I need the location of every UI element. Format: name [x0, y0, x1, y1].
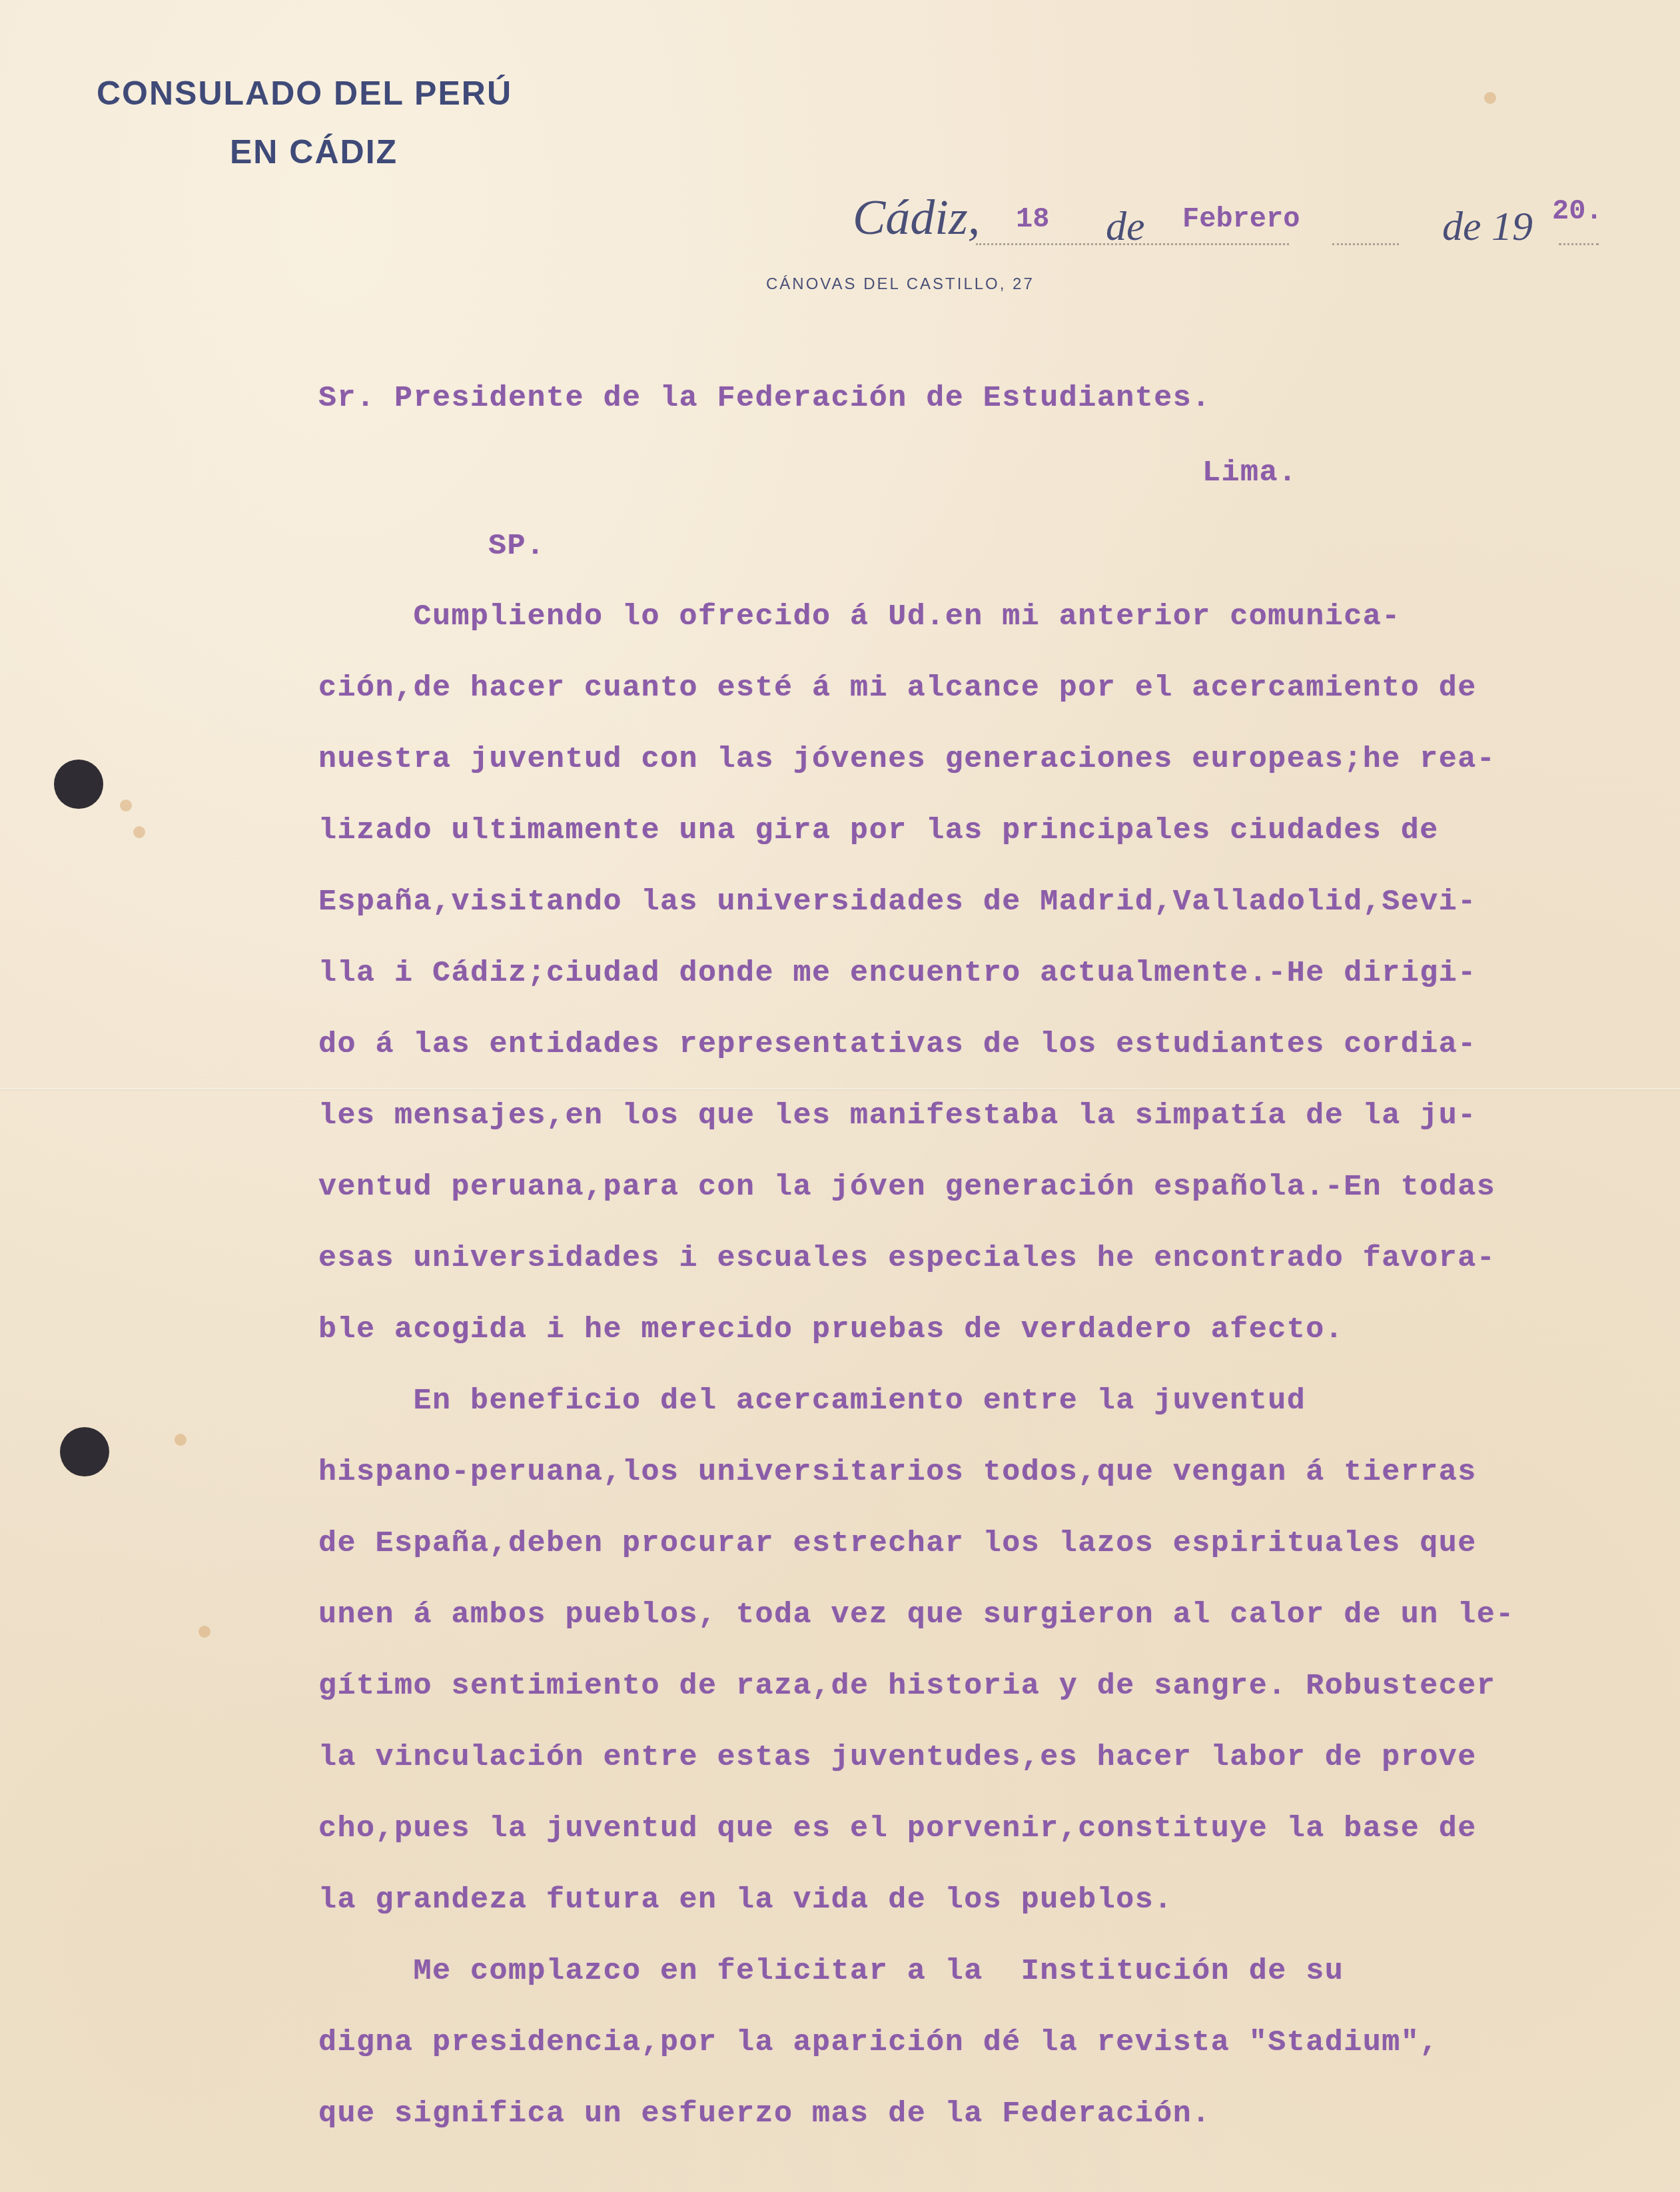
paper-fold-crease — [0, 1088, 1680, 1091]
body-line: ventud peruana,para con la jóven generac… — [318, 1170, 1495, 1204]
recipient-line: Sr. Presidente de la Federación de Estud… — [318, 381, 1211, 415]
consulate-letterhead: CONSULADO DEL PERÚ EN CÁDIZ — [97, 73, 512, 172]
recipient-city: Lima. — [1202, 456, 1298, 490]
body-line: cho,pues la juventud que es el porvenir,… — [318, 1812, 1477, 1846]
consulate-address: CÁNOVAS DEL CASTILLO, 27 — [766, 275, 1035, 294]
paper-stain — [199, 1626, 210, 1638]
salutation: SP. — [488, 529, 546, 563]
body-line: de España,deben procurar estrechar los l… — [318, 1526, 1477, 1560]
paper-stain — [120, 800, 132, 812]
body-line: unen á ambos pueblos, toda vez que surgi… — [318, 1598, 1515, 1632]
body-line: lla i Cádiz;ciudad donde me encuentro ac… — [318, 956, 1477, 990]
punch-hole-bottom — [60, 1427, 109, 1476]
body-line: la vinculación entre estas juventudes,es… — [318, 1740, 1477, 1774]
paper-stain — [1484, 92, 1496, 104]
dotted-rule — [1559, 243, 1599, 245]
date-place: Cádiz, — [853, 190, 980, 247]
body-line: la grandeza futura en la vida de los pue… — [318, 1883, 1173, 1917]
body-line: España,visitando las universidades de Ma… — [318, 885, 1477, 919]
body-line: ble acogida i he merecido pruebas de ver… — [318, 1313, 1344, 1347]
date-de-1: de — [1106, 203, 1145, 251]
letterhead-title: CONSULADO DEL PERÚ — [97, 73, 512, 113]
body-line: esas universidades i escuales especiales… — [318, 1241, 1495, 1275]
body-line: digna presidencia,por la aparición dé la… — [318, 2025, 1439, 2059]
letterhead-city: EN CÁDIZ — [97, 132, 512, 172]
date-year: 20. — [1552, 195, 1603, 227]
date-de-2: de 19 — [1442, 203, 1533, 251]
body-line: gítimo sentimiento de raza,de historia y… — [318, 1669, 1495, 1703]
body-line: les mensajes,en los que les manifestaba … — [318, 1099, 1477, 1133]
body-line: que significa un esfuerzo mas de la Fede… — [318, 2097, 1211, 2131]
body-line: Cumpliendo lo ofrecido á Ud.en mi anteri… — [318, 600, 1401, 634]
paper-stain — [175, 1434, 187, 1446]
date-line: Cádiz, 18 de Febrero de 19 20. — [853, 190, 1599, 257]
body-line: Me complazco en felicitar a la Instituci… — [318, 1954, 1344, 1988]
dotted-rule — [1332, 243, 1399, 245]
punch-hole-top — [54, 760, 103, 809]
body-line: lizado ultimamente una gira por las prin… — [318, 814, 1439, 847]
body-line: En beneficio del acercamiento entre la j… — [318, 1384, 1306, 1418]
body-line: hispano-peruana,los universitarios todos… — [318, 1455, 1477, 1489]
date-day: 18 — [1016, 203, 1049, 235]
date-month: Febrero — [1182, 203, 1300, 235]
body-line: do á las entidades representativas de lo… — [318, 1027, 1477, 1061]
body-line: ción,de hacer cuanto esté á mi alcance p… — [318, 671, 1477, 705]
body-line: nuestra juventud con las jóvenes generac… — [318, 742, 1495, 776]
paper-stain — [133, 826, 145, 838]
